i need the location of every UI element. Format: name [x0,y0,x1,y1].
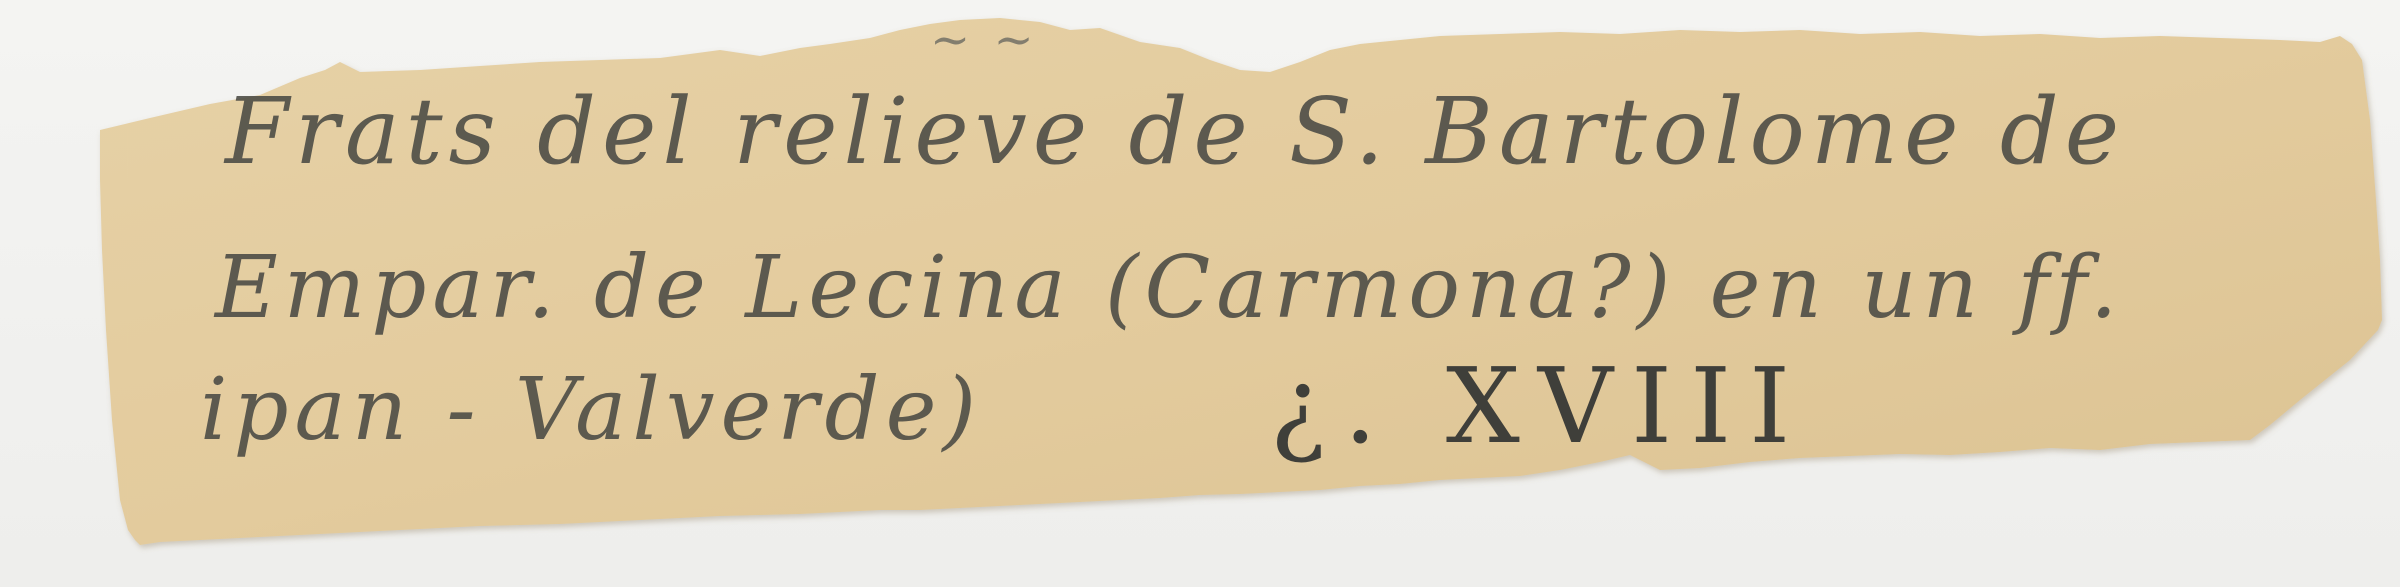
handwritten-line-2: Empar. de Lecina (Carmona?) en un ff. [215,238,2123,338]
torn-top-text-fragment: ~ ~ [930,12,1038,68]
handwritten-line-3: ipan - Valverde) [200,360,982,460]
paper-scrap: ~ ~ Frats del relieve de S. Bartolome de… [0,0,2400,587]
century-marker: ¿. XVIII [1270,345,1808,467]
handwritten-line-1: Frats del relieve de S. Bartolome de [225,78,2125,185]
